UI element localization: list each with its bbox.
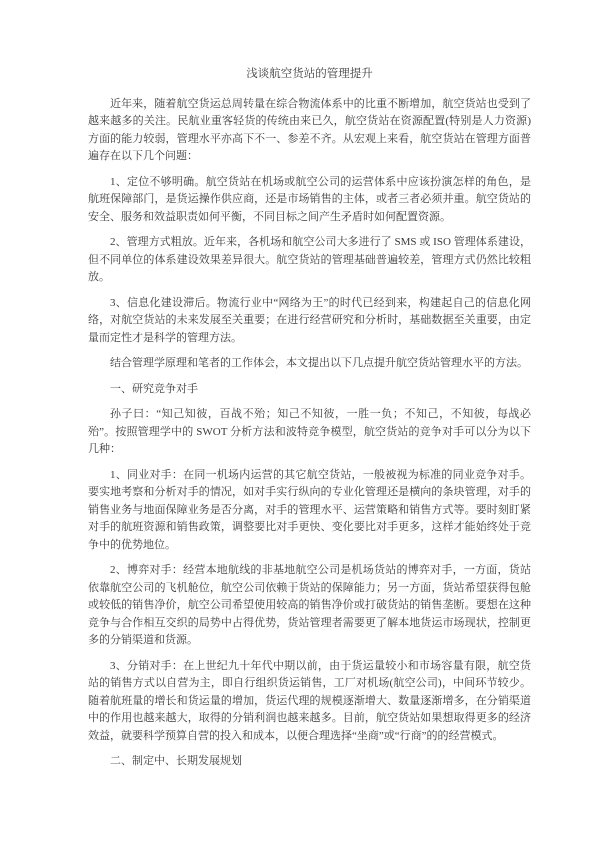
doc-paragraph-problem-3: 3、信息化建设滞后。物流行业中“网络为王”的时代已经到来，构建起自己的信息化网络… bbox=[88, 295, 531, 348]
section-heading-2: 二、制定中、长期发展规划 bbox=[88, 753, 531, 771]
doc-paragraph-problem-1: 1、定位不够明确。航空货站在机场或航空公司的运营体系中应该扮演怎样的角色，是航班… bbox=[88, 174, 531, 227]
section-heading-1: 一、研究竞争对手 bbox=[88, 381, 531, 399]
doc-paragraph-transition: 结合管理学原理和笔者的工作体会，本文提出以下几点提升航空货站管理水平的方法。 bbox=[88, 355, 531, 373]
page-title: 浅谈航空货站的管理提升 bbox=[88, 66, 531, 84]
doc-paragraph-competitor-2: 2、博弈对手：经营本地航线的非基地航空公司是机场货站的博弈对手，一方面，货站依靠… bbox=[88, 562, 531, 650]
doc-paragraph-intro: 近年来，随着航空货运总周转量在综合物流体系中的比重不断增加，航空货站也受到了越来… bbox=[88, 96, 531, 166]
doc-paragraph-competitor-1: 1、同业对手：在同一机场内运营的其它航空货站，一般被视为标准的同业竞争对手。要实… bbox=[88, 467, 531, 555]
doc-paragraph-problem-2: 2、管理方式粗放。近年来，各机场和航空公司大多进行了 SMS 或 ISO 管理体… bbox=[88, 234, 531, 287]
document-page: 浅谈航空货站的管理提升 近年来，随着航空货运总周转量在综合物流体系中的比重不断增… bbox=[0, 0, 595, 842]
doc-paragraph-competitor-3: 3、分销对手：在上世纪九十年代中期以前，由于货运量较小和市场容量有限，航空货站的… bbox=[88, 658, 531, 746]
doc-paragraph-sunzi-quote: 孙子曰：“知己知彼，百战不殆；知己不知彼，一胜一负；不知己，不知彼，每战必殆”。… bbox=[88, 406, 531, 459]
